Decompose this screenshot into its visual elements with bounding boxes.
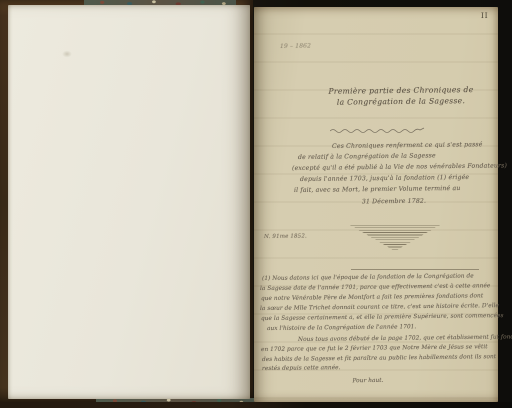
paragraph-line: (excepté qu'il a été publié à la Vie de … bbox=[292, 162, 507, 172]
page-number: II bbox=[481, 12, 489, 20]
shelf-annotation: N. 91me 1852. bbox=[264, 233, 307, 240]
paragraph-line: il fait, avec sa Mort, le premier Volume… bbox=[294, 185, 461, 194]
footnote-separator-rule bbox=[351, 269, 479, 270]
book-bottom-edge bbox=[0, 402, 512, 408]
title-line-1: Première partie des Chroniques de bbox=[312, 85, 490, 96]
faint-pencil-inscription: 19 – 1862 bbox=[280, 42, 311, 50]
paragraph-line: Ces Chroniques renferment ce qui s'est p… bbox=[332, 141, 483, 150]
manuscript-book-scan: II 19 – 1862 Première partie des Chroniq… bbox=[0, 0, 512, 408]
ink-smudge bbox=[60, 49, 74, 59]
footnote-line: la Sagesse date de l'année 1701, parce q… bbox=[260, 283, 490, 292]
cul-de-lampe-ornament bbox=[350, 225, 440, 250]
footnote-line: en 1702 parce que ce fut le 2 février 17… bbox=[261, 344, 488, 353]
footnote-line: aux l'histoire de la Congrégation de l'a… bbox=[267, 324, 416, 332]
blank-left-page bbox=[8, 5, 250, 399]
paragraph-line: de relatif à la Congrégation de la Sages… bbox=[298, 152, 436, 161]
paragraph-line: depuis l'année 1703, jusqu'à la fondatio… bbox=[300, 174, 469, 183]
footnote-line: Nous tous avons débuté de la page 1702, … bbox=[298, 334, 512, 343]
manuscript-right-page: II 19 – 1862 Première partie des Chroniq… bbox=[254, 7, 498, 402]
footnote-line: (1) Nous datons ici que l'époque de la f… bbox=[262, 273, 474, 282]
paragraph-date-line: 31 Décembre 1782. bbox=[314, 197, 474, 206]
footnote-line: la sœur de Mlle Trichet donnait courant … bbox=[260, 303, 499, 312]
title-line-2: la Congrégation de la Sagesse. bbox=[312, 96, 490, 107]
footnote-line: des habits de la Sagesse et fit paraître… bbox=[262, 354, 496, 363]
footnote-line: que notre Vénérable Père de Montfort a f… bbox=[261, 293, 483, 302]
catchword: Pour haut. bbox=[288, 377, 448, 385]
title-flourish-rule bbox=[330, 126, 426, 134]
footnote-line: que la Sagesse certainement a, et elle l… bbox=[261, 313, 504, 322]
footnote-line: restés depuis cette année. bbox=[262, 365, 341, 372]
